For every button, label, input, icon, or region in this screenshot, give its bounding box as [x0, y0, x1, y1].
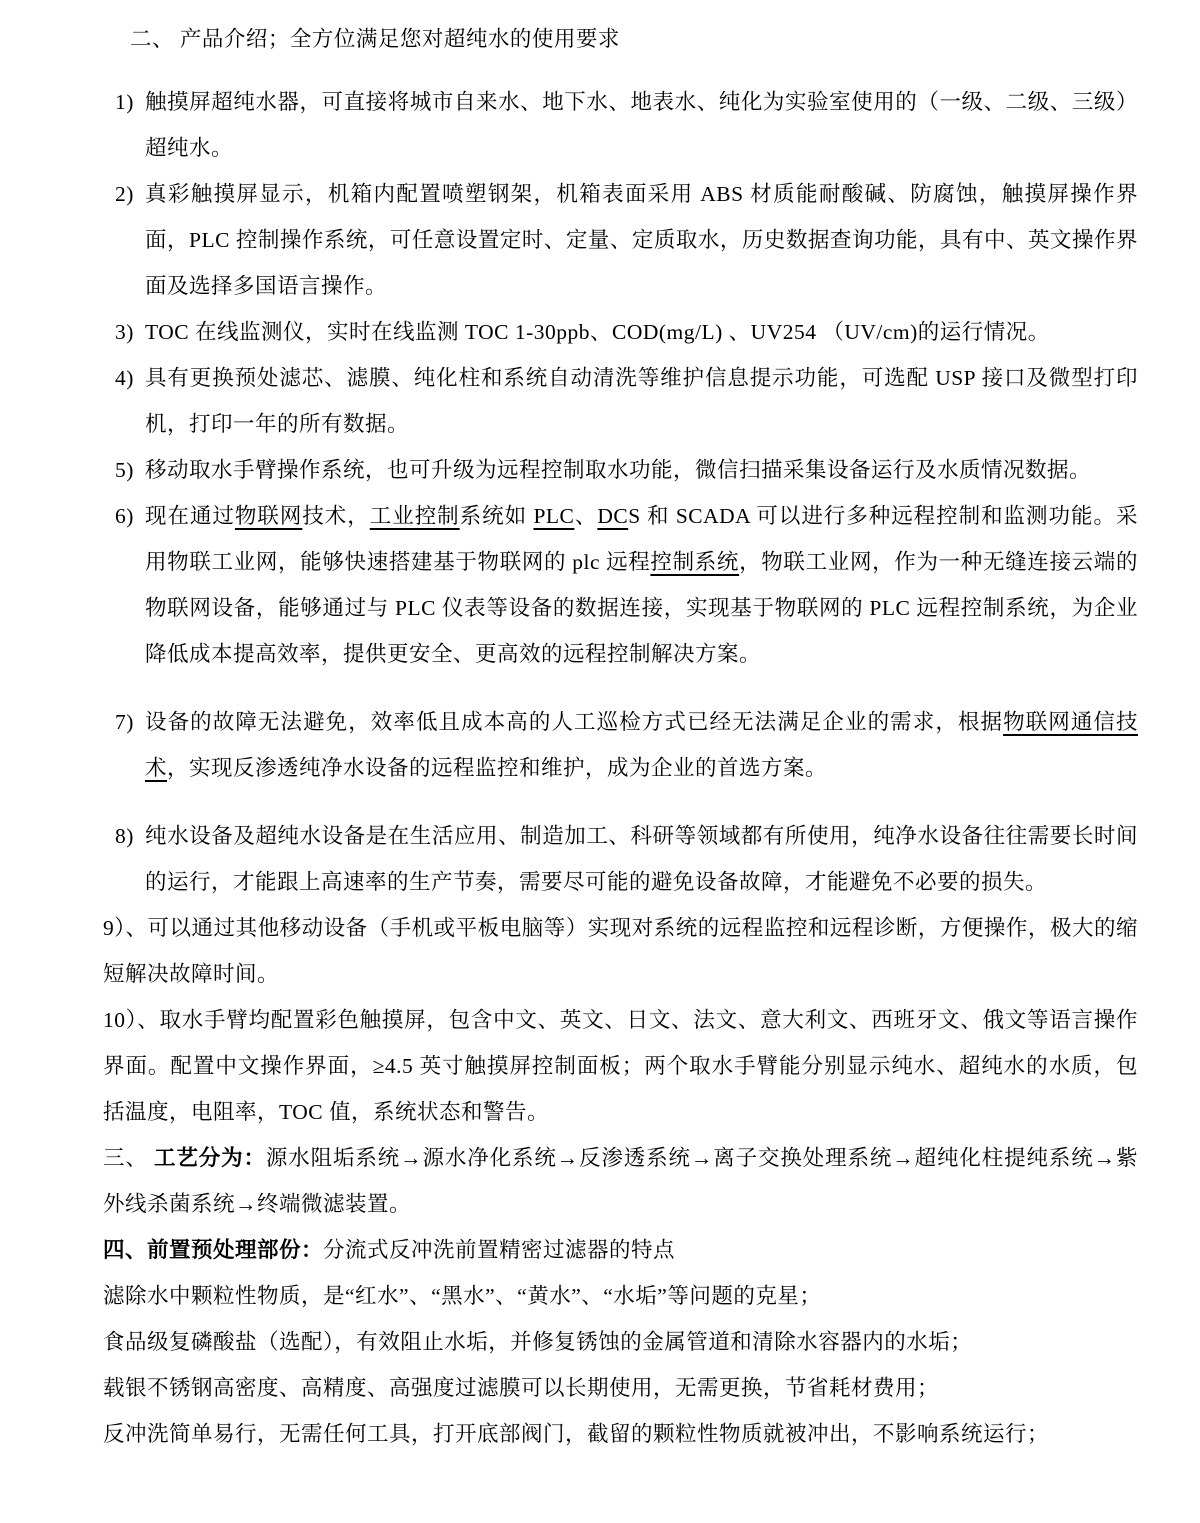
feature-line-4: 反冲洗简单易行，无需任何工具，打开底部阀门，截留的颗粒性物质就被冲出，不影响系统…: [103, 1411, 1138, 1457]
text-run: 纯水设备及超纯水设备是在生活应用、制造加工、科研等领域都有所使用，纯净水设备往往…: [145, 824, 1138, 894]
text-run: 分流式反冲洗前置精密过滤器的特点: [323, 1238, 675, 1262]
text-run: 系统如: [460, 504, 534, 528]
item-number: 7): [103, 699, 145, 791]
item-text: 设备的故障无法避免，效率低且成本高的人工巡检方式已经无法满足企业的需求，根据物联…: [145, 699, 1138, 791]
underlined-text: 物联网: [235, 504, 302, 528]
item-text: 移动取水手臂操作系统，也可升级为远程控制取水功能，微信扫描采集设备运行及水质情况…: [145, 447, 1138, 493]
section-heading-pretreatment: 四、前置预处理部份：分流式反冲洗前置精密过滤器的特点: [103, 1227, 1138, 1273]
numbered-item-5: 5) 移动取水手臂操作系统，也可升级为远程控制取水功能，微信扫描采集设备运行及水…: [103, 447, 1138, 493]
item-number: 8): [103, 813, 145, 905]
item-number: 1): [103, 79, 145, 171]
item-text: 纯水设备及超纯水设备是在生活应用、制造加工、科研等领域都有所使用，纯净水设备往往…: [145, 813, 1138, 905]
numbered-item-3: 3) TOC 在线监测仪，实时在线监测 TOC 1-30ppb、COD(mg/L…: [103, 309, 1138, 355]
feature-line-1: 滤除水中颗粒性物质，是“红水”、“黑水”、“黄水”、“水垢”等问题的克星；: [103, 1273, 1138, 1319]
item-number: 6): [103, 493, 145, 677]
bold-text: 四、前置预处理部份：: [103, 1238, 323, 1262]
text-run: 具有更换预处滤芯、滤膜、纯化柱和系统自动清洗等维护信息提示功能，可选配 USP …: [145, 366, 1138, 436]
section-heading-process: 三、 工艺分为：源水阻垢系统→源水净化系统→反渗透系统→离子交换处理系统→超纯化…: [103, 1135, 1138, 1227]
text-run: 、: [574, 504, 597, 528]
text-run: 设备的故障无法避免，效率低且成本高的人工巡检方式已经无法满足企业的需求，根据: [145, 710, 1003, 734]
item-text: 现在通过物联网技术，工业控制系统如 PLC、DCS 和 SCADA 可以进行多种…: [145, 493, 1138, 677]
item-number: 5): [103, 447, 145, 493]
text-run: 技术，: [302, 504, 369, 528]
numbered-item-8: 8) 纯水设备及超纯水设备是在生活应用、制造加工、科研等领域都有所使用，纯净水设…: [103, 813, 1138, 905]
item-text: TOC 在线监测仪，实时在线监测 TOC 1-30ppb、COD(mg/L) 、…: [145, 309, 1138, 355]
underlined-text: PLC: [533, 504, 574, 528]
paragraph-9: 9）、可以通过其他移动设备（手机或平板电脑等）实现对系统的远程监控和远程诊断，方…: [103, 905, 1138, 997]
numbered-item-2: 2) 真彩触摸屏显示，机箱内配置喷塑钢架，机箱表面采用 ABS 材质能耐酸碱、防…: [103, 171, 1138, 309]
text-run: 真彩触摸屏显示，机箱内配置喷塑钢架，机箱表面采用 ABS 材质能耐酸碱、防腐蚀，…: [145, 182, 1138, 298]
section-heading-product-intro: 二、 产品介绍；全方位满足您对超纯水的使用要求: [103, 16, 1138, 62]
feature-line-2: 食品级复磷酸盐（选配），有效阻止水垢，并修复锈蚀的金属管道和清除水容器内的水垢；: [103, 1319, 1138, 1365]
item-number: 3): [103, 309, 145, 355]
document-page: 二、 产品介绍；全方位满足您对超纯水的使用要求 1) 触摸屏超纯水器，可直接将城…: [0, 0, 1200, 1523]
bold-text: 工艺分为：: [154, 1146, 266, 1170]
text-run: 三、: [103, 1146, 154, 1170]
item-text: 真彩触摸屏显示，机箱内配置喷塑钢架，机箱表面采用 ABS 材质能耐酸碱、防腐蚀，…: [145, 171, 1138, 309]
feature-line-3: 载银不锈钢高密度、高精度、高强度过滤膜可以长期使用，无需更换，节省耗材费用；: [103, 1365, 1138, 1411]
numbered-item-4: 4) 具有更换预处滤芯、滤膜、纯化柱和系统自动清洗等维护信息提示功能，可选配 U…: [103, 355, 1138, 447]
numbered-item-6: 6) 现在通过物联网技术，工业控制系统如 PLC、DCS 和 SCADA 可以进…: [103, 493, 1138, 677]
paragraph-10: 10）、取水手臂均配置彩色触摸屏，包含中文、英文、日文、法文、意大利文、西班牙文…: [103, 997, 1138, 1135]
underlined-text: 工业控制: [370, 504, 460, 528]
text-run: 移动取水手臂操作系统，也可升级为远程控制取水功能，微信扫描采集设备运行及水质情况…: [145, 458, 1091, 482]
text-run: ，实现反渗透纯净水设备的远程监控和维护，成为企业的首选方案。: [167, 756, 827, 780]
item-text: 具有更换预处滤芯、滤膜、纯化柱和系统自动清洗等维护信息提示功能，可选配 USP …: [145, 355, 1138, 447]
underlined-text: DC: [597, 504, 628, 528]
item-text: 触摸屏超纯水器，可直接将城市自来水、地下水、地表水、纯化为实验室使用的（一级、二…: [145, 79, 1138, 171]
text-run: 触摸屏超纯水器，可直接将城市自来水、地下水、地表水、纯化为实验室使用的（一级、二…: [145, 90, 1138, 160]
text-run: 现在通过: [145, 504, 235, 528]
text-run: TOC 在线监测仪，实时在线监测 TOC 1-30ppb、COD(mg/L) 、…: [145, 320, 1050, 344]
numbered-item-1: 1) 触摸屏超纯水器，可直接将城市自来水、地下水、地表水、纯化为实验室使用的（一…: [103, 79, 1138, 171]
item-number: 4): [103, 355, 145, 447]
numbered-item-7: 7) 设备的故障无法避免，效率低且成本高的人工巡检方式已经无法满足企业的需求，根…: [103, 699, 1138, 791]
item-number: 2): [103, 171, 145, 309]
underlined-text: 控制系统: [650, 550, 739, 574]
